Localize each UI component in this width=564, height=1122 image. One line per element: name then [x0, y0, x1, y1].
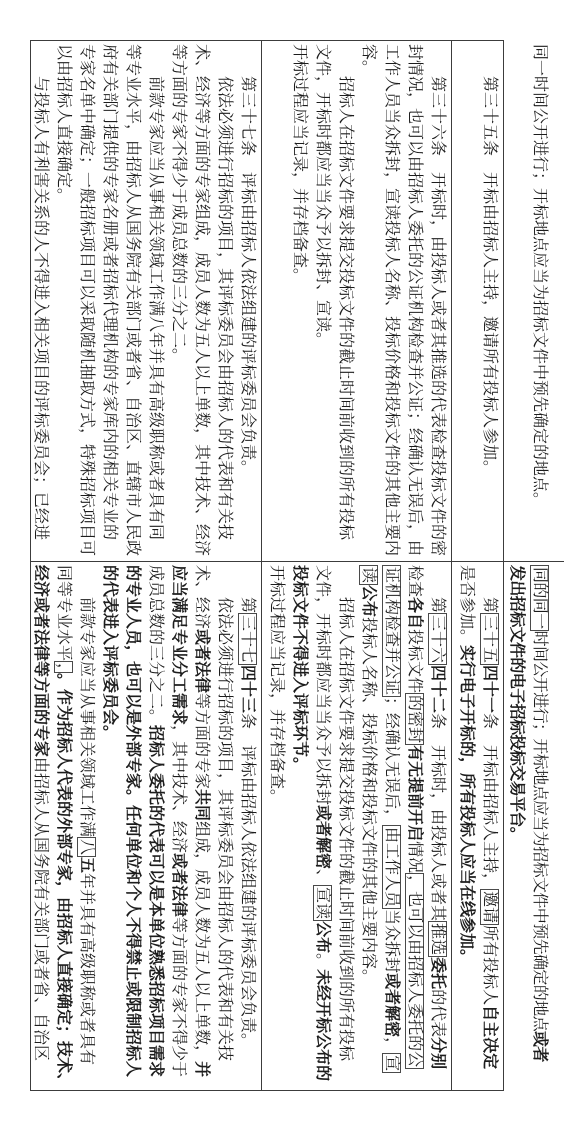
text-segment: 第三十六条 开标时，由投标人或者其推选的代表检查投标文件的密	[429, 44, 446, 556]
text-line: 发出招标文件的电子招标投标交易平台。	[505, 565, 528, 1088]
text-segment: 第	[429, 565, 446, 613]
table-column-divider	[30, 561, 564, 562]
text-segment: 以由招标人直接确定。	[55, 44, 72, 204]
text-segment: 工作人员当众拆封，宣读投标人名称、投标价格和投标文件的其他主要内	[383, 44, 400, 556]
inserted-text: 的代表进入评标委员会。	[101, 565, 118, 741]
inserted-text: 实行电子开标的，所有投标人应当在线参加。	[458, 645, 475, 965]
text-segment: 当众拆封	[383, 909, 400, 973]
text-segment: 前款专家应当从事相关领域工作满八年并具有高级职称或者具有同	[147, 44, 164, 540]
text-segment: 文件，开标时都应当当众予以拆封	[314, 565, 331, 805]
text-segment: 同等专业水平	[55, 565, 72, 661]
text-line: 第三十七四十三条 评标由招标人依法组建的评标委员会负责。	[236, 565, 259, 1088]
text-segment: 条 开标时，由投标人或者其	[429, 713, 446, 921]
text-line: 依法必须进行招标的项目，其评标委员会由招标人的代表和有关技	[213, 44, 236, 559]
inserted-text: 五	[78, 857, 95, 873]
inserted-text: 。作为招标人代表的外部专家，由招标人直接确定；技术、	[55, 673, 72, 1088]
inserted-text: 共同	[193, 789, 210, 821]
text-segment: 封情况，也可以由招标人委托的公证机构检查并公证；经确认无误后，由	[406, 44, 423, 556]
deleted-text: 三十五	[480, 613, 499, 665]
text-segment: 容。	[360, 44, 377, 76]
inserted-text: 或者	[531, 1031, 548, 1062]
text-line: 第三十六四十二条 开标时，由投标人或者其推选委托的代表分别	[426, 565, 449, 1088]
text-segment: 检查	[406, 565, 423, 597]
deleted-text: 证机构检查并公证	[382, 565, 401, 697]
text-line: 容。	[357, 44, 380, 559]
inserted-text: 发出招标文件的电子招标投标交易平台。	[508, 565, 525, 842]
deleted-text: 三十七	[238, 613, 257, 665]
inserted-text: 公布	[360, 585, 377, 617]
text-segment: 所有投标人	[481, 925, 498, 1005]
text-segment: 第三十五条 开标由招标人主持，邀请所有投标人参加。	[481, 44, 498, 476]
inserted-text: 分别	[429, 1037, 446, 1069]
text-segment: 依法必须进行招标的项目，其评标委员会由招标人的代表和有关技	[216, 44, 233, 540]
text-segment: 投标文件	[406, 629, 423, 693]
text-segment: 第	[239, 565, 256, 613]
text-segment: 年并具有高级职称或者具有	[78, 873, 95, 1065]
text-line: 依法必须进行招标的项目，其评标委员会由招标人的代表和有关技	[213, 565, 236, 1088]
inserted-text: 各自	[406, 597, 423, 629]
table-border-right	[30, 1090, 504, 1091]
deleted-text: 宣	[382, 1053, 401, 1073]
text-line: 证机构检查并公证；经确认无误后，由工作人员当众拆封或者解密，宣	[380, 565, 403, 1088]
table-border-left	[30, 40, 504, 41]
cell-article-43-revised: 第三十七四十三条 评标由招标人依法组建的评标委员会负责。 依法必须进行招标的项目…	[31, 565, 259, 1088]
carryover-revised-draft-text: 同的同一时间公开进行；开标地点应当为招标文件中预先确定的地点或者发出招标文件的电…	[505, 565, 551, 1088]
text-line: 招标人在招标文件要求提交投标文件的截止时间前收到的所有投标	[334, 565, 357, 1088]
text-line: 检查各自投标文件的密封有无提前开启情况，也可以由招标人委托的公	[403, 565, 426, 1088]
inserted-text: 或者法律	[193, 629, 210, 693]
text-line: 开标过程应当记录，并存档备查。	[265, 565, 288, 1088]
deleted-text: 宣读	[313, 885, 332, 921]
text-segment: 等方面的专家不得少于	[170, 917, 187, 1077]
text-line: 应当满足专业分工需求，其中技术、经济或者法律等方面的专家不得少于	[167, 565, 190, 1088]
text-line: 的代表进入评标委员会。	[98, 565, 121, 1088]
text-segment: 时间公开进行；开标地点应当为招标文件中预先确定的地点	[531, 631, 548, 1031]
table-border-row1-row2	[451, 40, 452, 1091]
deleted-text: ，也可以由招标人委托的公	[405, 873, 424, 1069]
text-line: 第三十六条 开标时，由投标人或者其推选的代表检查投标文件的密	[426, 44, 449, 559]
document-viewport: 同一时间公开进行；开标地点应当为招标文件中预先确定的地点。 同的同一时间公开进行…	[0, 0, 564, 1122]
text-segment: 开标过程应当记录，并存档备查。	[291, 44, 308, 284]
text-line: 第三十五条 开标由招标人主持，邀请所有投标人参加。	[478, 44, 501, 559]
inserted-text: 经济或者法律等方面的专家	[32, 565, 49, 757]
text-segment: ，	[383, 1037, 400, 1053]
text-line: 与投标人有利害关系的人不得进入相关项目的评标委员会；已经进	[31, 44, 52, 559]
text-line: 前款专家应当从事相关领域工作满八五年并具有高级职称或者具有	[75, 565, 98, 1088]
table-border-bottom	[30, 40, 31, 1091]
text-line: 专家名单中确定；一般招标项目可以采取随机抽取方式，特殊招标项目可	[75, 44, 98, 559]
text-segment: 是否参加。	[458, 565, 475, 645]
deleted-text: 的密封	[405, 693, 424, 745]
inserted-text: 或者解密	[383, 973, 400, 1037]
text-line: 经济或者法律等方面的专家由招标人从国务院有关部门或者省、自治区	[31, 565, 52, 1088]
inserted-text: 或者解密	[314, 805, 331, 869]
text-segment: 文件，开标时都应当当众予以拆封、宣读。	[314, 44, 331, 348]
inserted-text: 投标文件不得进入评标环节。	[291, 565, 308, 773]
text-segment: 府有关部门提供的专家名册或者招标代理机构的专家库内的相关专业的	[101, 44, 118, 540]
inserted-text: 有无提前开启	[406, 745, 423, 841]
text-line: 是否参加。实行电子开标的，所有投标人应当在线参加。	[455, 565, 478, 1088]
text-segment: 等方面的专家不得少于成员总数的三分之二。	[170, 44, 187, 364]
table-border-top	[503, 40, 504, 1091]
text-line: 开标过程应当记录，并存档备查。	[288, 44, 311, 559]
text-line: 术、经济等方面的专家组成，成员人数为五人以上单数，其中技术、经济	[190, 44, 213, 559]
inserted-text: 四十三	[239, 665, 256, 713]
text-segment: 术、经济	[193, 565, 210, 629]
table-border-row2-row3	[261, 40, 262, 1091]
deleted-text: 由工作人员	[382, 825, 401, 909]
law-comparison-page: 同一时间公开进行；开标地点应当为招标文件中预先确定的地点。 同的同一时间公开进行…	[0, 0, 564, 1122]
inserted-text: 的专业人员，也可以是外部专家。任何单位和个人不得禁止或限制招标人	[124, 565, 141, 1077]
deleted-text: 同的同一	[530, 565, 549, 631]
text-line: 第三十五四十一条 开标由招标人主持，邀请所有投标人自主决定	[478, 565, 501, 1088]
inserted-text: 或者法律	[170, 853, 187, 917]
text-segment: 。	[314, 953, 331, 969]
text-line: 等专业水平，由招标人从国务院有关部门或者省、自治区、直辖市人民政	[121, 44, 144, 559]
deleted-text: 八	[77, 837, 96, 857]
text-line: 工作人员当众拆封，宣读投标人名称、投标价格和投标文件的其他主要内	[380, 44, 403, 559]
text-line: 文件，开标时都应当当众予以拆封或者解密、宣读公布。未经开标公布的	[311, 565, 334, 1088]
text-line: 的专业人员，也可以是外部专家。任何单位和个人不得禁止或限制招标人	[121, 565, 144, 1088]
text-line: 成员总数的三分之二。招标人委托的代表可以是本单位熟悉招标项目需求	[144, 565, 167, 1088]
text-line: 招标人在招标文件要求提交投标文件的截止时间前收到的所有投标	[334, 44, 357, 559]
text-line: 同等专业水平，。作为招标人代表的外部专家，由招标人直接确定；技术、	[52, 565, 75, 1088]
text-segment: 与投标人有利害关系的人不得进入相关项目的评标委员会；已经进	[32, 44, 49, 540]
carryover-current-law-text: 同一时间公开进行；开标地点应当为招标文件中预先确定的地点。	[505, 44, 551, 559]
text-line: 读公布投标人名称、投标价格和投标文件的其他主要内容。	[357, 565, 380, 1088]
text-segment: ；经确认无误后，	[383, 697, 400, 825]
inserted-text: 四十一	[481, 665, 498, 713]
text-segment: 第三十七条 评标由招标人依法组建的评标委员会负责。	[239, 44, 256, 476]
text-segment: 同一时间公开进行；开标地点应当为招标文件中预先确定的地点。	[531, 44, 548, 508]
deleted-text: 读	[359, 565, 378, 585]
cell-article-36-current: 第三十六条 开标时，由投标人或者其推选的代表检查投标文件的密封情况，也可以由招标…	[263, 44, 449, 559]
text-segment: 投标人名称、投标价格和投标文件的其他主要内容。	[360, 617, 377, 985]
text-segment: 术、经济等方面的专家组成，成员人数为五人以上单数，其中技术、经济	[193, 44, 210, 556]
text-segment: 、	[314, 869, 331, 885]
inserted-text: 委托	[429, 957, 446, 989]
text-segment: 情况	[406, 841, 423, 873]
cell-article-42-revised: 第三十六四十二条 开标时，由投标人或者其推选委托的代表分别检查各自投标文件的密封…	[263, 565, 449, 1088]
text-segment: 开标过程应当记录，并存档备查。	[268, 565, 285, 805]
cell-article-41-revised: 第三十五四十一条 开标由招标人主持，邀请所有投标人自主决定是否参加。实行电子开标…	[453, 565, 501, 1088]
text-line: 封情况，也可以由招标人委托的公证机构检查并公证；经确认无误后，由	[403, 44, 426, 559]
text-line: 术、经济或者法律等方面的专家共同组成，成员人数为五人以上单数，并	[190, 565, 213, 1088]
deleted-text: 三十六	[428, 613, 447, 665]
deleted-text: 邀请	[480, 889, 499, 925]
text-segment: 等专业水平，由招标人从国务院有关部门或者省、自治区、直辖市人民政	[124, 44, 141, 556]
text-line: 投标文件不得进入评标环节。	[288, 565, 311, 1088]
text-segment: 成员总数的三分之二。	[147, 565, 164, 725]
text-line: 以由招标人直接确定。	[52, 44, 75, 559]
text-segment: 组成，成员人数为五人以上单数，	[193, 821, 210, 1061]
text-segment: 条 评标由招标人依法组建的评标委员会负责。	[239, 713, 256, 1049]
deleted-text: 推选	[428, 921, 447, 957]
inserted-text: 并	[193, 1061, 210, 1077]
text-segment: 的代表	[429, 989, 446, 1037]
text-segment: 前款专家应当从事相关领域工作满	[78, 565, 95, 837]
text-segment: 招标人在招标文件要求提交投标文件的截止时间前收到的所有投标	[337, 565, 354, 1061]
inserted-text: 招标人委托的代表可以是本单位熟悉招标项目需求	[147, 725, 164, 1077]
inserted-text: 应当满足专业分工需求	[170, 565, 187, 725]
text-segment: ，其中技术、经济	[170, 725, 187, 853]
text-segment: 依法必须进行招标的项目，其评标委员会由招标人的代表和有关技	[216, 565, 233, 1061]
text-line: 前款专家应当从事相关领域工作满八年并具有高级职称或者具有同	[144, 44, 167, 559]
text-line: 文件，开标时都应当当众予以拆封、宣读。	[311, 44, 334, 559]
text-segment: 第	[481, 565, 498, 613]
cell-article-35-current: 第三十五条 开标由招标人主持，邀请所有投标人参加。	[453, 44, 501, 559]
text-segment: 由招标人从国务院有关部门或者省、自治区	[32, 757, 49, 1061]
text-line: 府有关部门提供的专家名册或者招标代理机构的专家库内的相关专业的	[98, 44, 121, 559]
text-line: 等方面的专家不得少于成员总数的三分之二。	[167, 44, 190, 559]
text-segment: 招标人在招标文件要求提交投标文件的截止时间前收到的所有投标	[337, 44, 354, 540]
inserted-text: 四十二	[429, 665, 446, 713]
text-segment: 等方面的专家	[193, 693, 210, 789]
cell-article-37-current: 第三十七条 评标由招标人依法组建的评标委员会负责。 依法必须进行招标的项目，其评…	[31, 44, 259, 559]
text-segment: 专家名单中确定；一般招标项目可以采取随机抽取方式，特殊招标项目可	[78, 44, 95, 556]
inserted-text: 未经开标公布的	[314, 969, 331, 1081]
inserted-text: 公布	[314, 921, 331, 953]
text-line: 同一时间公开进行；开标地点应当为招标文件中预先确定的地点。	[528, 44, 551, 559]
text-line: 第三十七条 评标由招标人依法组建的评标委员会负责。	[236, 44, 259, 559]
inserted-text: 自主决定	[481, 1005, 498, 1069]
text-line: 同的同一时间公开进行；开标地点应当为招标文件中预先确定的地点或者	[528, 565, 551, 1088]
text-segment: 条 开标由招标人主持，	[481, 713, 498, 889]
deleted-text: ，	[54, 661, 73, 673]
